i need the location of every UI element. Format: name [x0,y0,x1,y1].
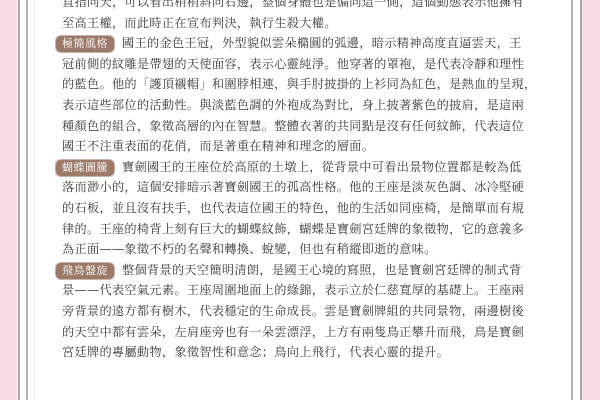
paragraph-minimalist-style: 極簡風格國王的金色王冠，外型貌似雲朵橢圓的弧邊，暗示精神高度直逼雲天，王 冠前側… [62,33,562,157]
paragraph-intro: 直指向天，可以看出稍稍斜向右邊，整個身體也是偏向這一側，這個動態表示他擁有 至高… [62,0,562,33]
text-line: 的天空中都有雲朵，左肩座旁也有一朵雲漂浮，上方有兩隻鳥正攀升而飛，鳥是寶劍 [62,322,562,343]
text-line: 律的。王座的椅背上刻有巨大的蝴蝶紋飾，蝴蝶是寶劍宮廷牌的象徵物，它的意義多 [62,219,562,240]
text-line-first: 飛鳥盤旋整個背景的天空簡明清朗，是國王心境的寫照，也是寶劍宮廷牌的制式背 [62,260,562,281]
text-line: 國王不注重表面的花俏，而是著重在精神和理念的層面。 [62,136,562,157]
right-border-line-inner [571,0,573,400]
text-line-first: 極簡風格國王的金色王冠，外型貌似雲朵橢圓的弧邊，暗示精神高度直逼雲天，王 [62,33,562,54]
section-tag: 蝴蝶圖騰 [56,160,114,176]
text-line: 旁背景的遠方都有樹木，代表穩定的生命成長。雲是寶劍牌組的共同景物，兩邊樹後 [62,301,562,322]
text-line: 為正面——象徵不朽的名聲和轉換、蛻變，但也有稍縱即逝的意味。 [62,239,562,260]
paragraph-butterfly-totem: 蝴蝶圖騰寶劍國王的王座位於高原的土墩上，從背景中可看出景物位置都是較為低 落而渺… [62,157,562,260]
text-line: 國王的金色王冠，外型貌似雲朵橢圓的弧邊，暗示精神高度直逼雲天，王 [122,36,522,50]
text-line: 直指向天，可以看出稍稍斜向右邊，整個身體也是偏向這一側，這個動態表示他擁有 [62,0,562,13]
text-line: 種顏色的組合，象徵高層的內在智慧。整體衣著的共同點是沒有任何紋飾，代表這位 [62,116,562,137]
text-line: 宮廷牌的專屬動物，象徵智性和意念；鳥向上飛行，代表心靈的提升。 [62,342,562,363]
text-line: 冠前側的紋雕是帶翅的天使面容，表示心靈純淨。他穿著的罩袍，是代表冷靜和理性 [62,54,562,75]
left-border-line-inner [26,0,28,400]
text-line: 落而渺小的，這個安排暗示著寶劍國王的孤高性格。他的王座是淡灰色調、冰冷堅硬 [62,177,562,198]
text-line: 景——代表空氣元素。王座周圍地面上的綠錦，表示立於仁慈寬厚的基礎上。王座兩 [62,280,562,301]
left-border-line-faint [34,0,35,400]
section-tag: 極簡風格 [56,36,114,52]
text-line: 的藍色。他的「護頂襯帽」和圍脖相連，與手肘披掛的上衫同為紅色，是熱血的呈現， [62,74,562,95]
document-body: 直指向天，可以看出稍稍斜向右邊，整個身體也是偏向這一側，這個動態表示他擁有 至高… [62,0,562,363]
text-line: 至高王權，而此時正在宣布判決，執行生殺大權。 [62,13,562,34]
left-border-line [18,0,20,400]
text-line: 的石板，並且沒有扶手，也代表這位國王的特色，他的生活如同座椅，是簡單而有規 [62,198,562,219]
section-tag: 飛鳥盤旋 [56,263,114,279]
text-line-first: 蝴蝶圖騰寶劍國王的王座位於高原的土墩上，從背景中可看出景物位置都是較為低 [62,157,562,178]
text-line: 整個背景的天空簡明清朗，是國王心境的寫照，也是寶劍宮廷牌的制式背 [122,263,522,277]
right-border-line [580,0,582,400]
paragraph-circling-birds: 飛鳥盤旋整個背景的天空簡明清朗，是國王心境的寫照，也是寶劍宮廷牌的制式背 景——… [62,260,562,363]
text-line: 寶劍國王的王座位於高原的土墩上，從背景中可看出景物位置都是較為低 [122,160,522,174]
text-line: 表示這些部位的活動性。與淡藍色調的外袍成為對比，身上披著紫色的披肩，是這兩 [62,95,562,116]
